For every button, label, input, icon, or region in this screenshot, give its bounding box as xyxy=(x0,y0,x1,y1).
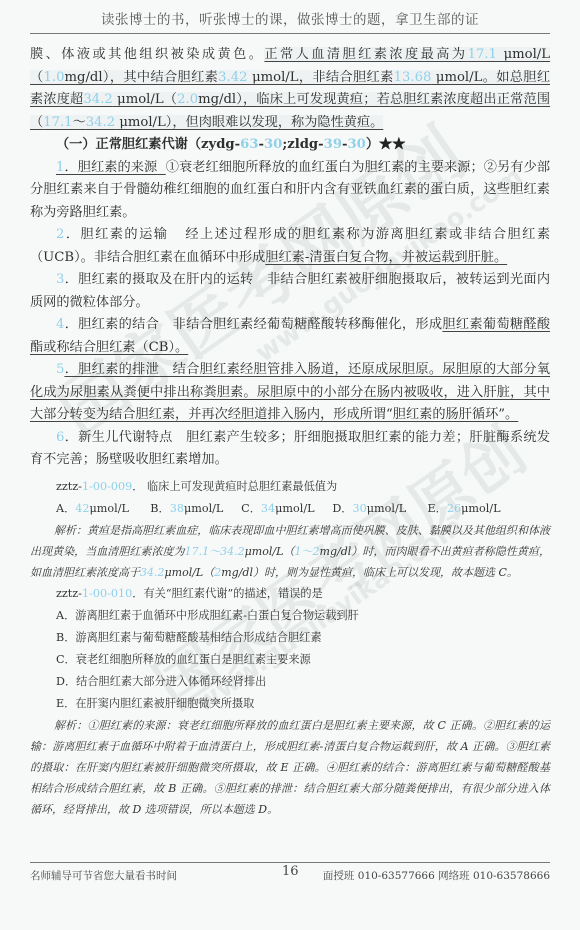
option-c: C．34μmol/L xyxy=(241,502,314,515)
question-2-analysis: 解析：①胆红素的来源：衰老红细胞所释放的血红蛋白是胆红素主要来源，故 C 正确。… xyxy=(30,715,550,820)
option-d: D．30μmol/L xyxy=(332,502,406,515)
page-content: 膜、体液或其他组织被染成黄色。正常人血清胆红素浓度最高为17.1 μmol/L（… xyxy=(30,44,550,820)
page-footer: 名师辅导可节省您大量看书时间 16 面授班 010-63577666 网络班 0… xyxy=(30,862,550,885)
question-1-stem: zztz-1-00-009． 临床上可发现黄疸时总胆红素最低值为 xyxy=(30,476,550,498)
option-a: A．42μmol/L xyxy=(56,502,129,515)
footer-slogan: 名师辅导可节省您大量看书时间 xyxy=(30,868,177,883)
item-bilirubin-transport: 2．胆红素的运输 经上述过程形成的胆红素称为游离胆红素或非结合胆红素（UCB）。… xyxy=(30,224,550,269)
page-header: 读张博士的书，听张博士的课，做张博士的题，拿卫生部的证 xyxy=(30,8,550,34)
question-1-options: A．42μmol/L B．38μmol/L C．34μmol/L D．30μmo… xyxy=(30,498,550,520)
option-a: A．游离胆红素于血循环中形成胆红素-白蛋白复合物运载到肝 xyxy=(30,605,550,627)
star-icon: ★★ xyxy=(379,137,405,152)
textbook-page: 国家医考网原创 国家医考网原创 www.guojiayikao.com www.… xyxy=(0,0,580,930)
item-bilirubin-excretion: 5．胆红素的排泄 结合胆红素经胆管排入肠道，还原成尿胆原。尿胆原的大部分氧化成为… xyxy=(30,359,550,427)
option-b: B．游离胆红素与葡萄糖醛酸基相结合形成结合胆红素 xyxy=(30,627,550,649)
item-bilirubin-source: 1．胆红素的来源 ①衰老红细胞所释放的血红蛋白为胆红素的主要来源；②另有少部分胆… xyxy=(30,157,550,225)
item-neonatal-metabolism: 6．新生儿代谢特点 胆红素产生较多；肝细胞摄取胆红素的能力差；肝脏酶系统发育不完… xyxy=(30,427,550,472)
page-number: 16 xyxy=(282,864,299,879)
question-2-stem: zztz-1-00-010．有关“胆红素代谢”的描述，错误的是 xyxy=(30,583,550,605)
option-e: E．在肝窦内胆红素被肝细胞微突所摄取 xyxy=(30,693,550,715)
item-bilirubin-uptake: 3．胆红素的摄取及在肝内的运转 非结合胆红素被肝细胞摄取后，被转运到光面内质网的… xyxy=(30,269,550,314)
item-bilirubin-conjugation: 4．胆红素的结合 非结合胆红素经葡萄糖醛酸转移酶催化，形成胆红素葡萄糖醛酸酯或称… xyxy=(30,314,550,359)
footer-contact: 面授班 010-63577666 网络班 010-63578666 xyxy=(323,868,550,883)
option-b: B．38μmol/L xyxy=(150,502,223,515)
option-c: C．衰老红细胞所释放的血红蛋白是胆红素主要来源 xyxy=(30,649,550,671)
question-1-analysis: 解析：黄疸是指高胆红素血症，临床表现即血中胆红素增高而使巩膜、皮肤、黏膜以及其他… xyxy=(30,520,550,583)
option-e: E．26μmol/L xyxy=(428,502,501,515)
option-d: D．结合胆红素大部分进入体循环经肾排出 xyxy=(30,671,550,693)
section-heading: （一）正常胆红素代谢（zydg-63-30;zldg-39-30）★★ xyxy=(30,134,550,157)
intro-paragraph: 膜、体液或其他组织被染成黄色。正常人血清胆红素浓度最高为17.1 μmol/L（… xyxy=(30,44,550,134)
